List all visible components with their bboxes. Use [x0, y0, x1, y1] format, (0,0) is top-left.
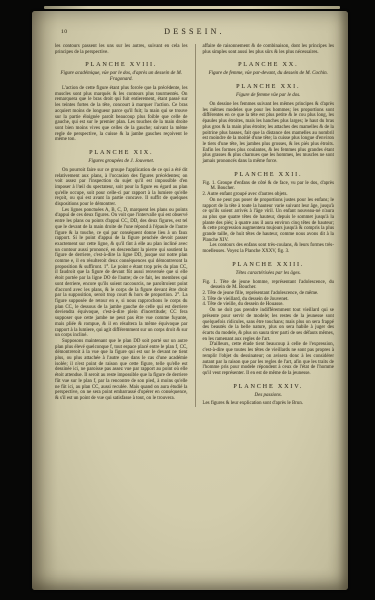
plate-heading: PLANCHE XXI.	[203, 83, 335, 90]
figure-list-item: Fig. 1. Tête de jeune homme, représentan…	[203, 280, 335, 291]
body-paragraph: On pourroit faire sur ce groupe l'applic…	[55, 168, 188, 208]
continuation-paragraph: les contours passent les uns sur les aut…	[55, 44, 188, 55]
figure-caption: Figure de femme, vûe par-devant, du dess…	[206, 71, 332, 77]
plate-heading: PLANCHE XVIII.	[55, 61, 188, 68]
body-paragraph: On dessine les femmes suivant les mêmes …	[203, 102, 335, 165]
left-column: les contours passent les uns sur les aut…	[55, 44, 195, 407]
section-subtitle: Têtes caractérisées par les âges.	[206, 271, 332, 277]
body-paragraph: On ne doit pas prendre indifféremment to…	[203, 308, 335, 342]
book-page: 10 DESSEIN. les contours passent les uns…	[32, 11, 348, 590]
figure-caption: Figure académique, vûe par le dos, d'apr…	[58, 71, 185, 83]
text-columns: les contours passent les uns sur les aut…	[55, 44, 334, 407]
plate-heading: PLANCHE XXIII.	[203, 261, 335, 268]
figure-caption: Figure de femme vûe par le dos.	[206, 93, 332, 99]
plate-heading: PLANCHE XX.	[203, 61, 335, 68]
body-paragraph: L'action de cette figure étant plus forc…	[55, 86, 188, 143]
running-title: DESSEIN.	[55, 27, 334, 36]
page-header: 10 DESSEIN.	[55, 25, 334, 39]
body-paragraph: Les contours des enfans sont très-coulan…	[203, 243, 335, 254]
body-paragraph: D'ailleurs, cette étude tient beaucoup à…	[203, 342, 335, 376]
plate-heading: PLANCHE XXIV.	[203, 383, 335, 390]
figure-caption: Figures groupées de J. Jouvenet.	[58, 159, 185, 165]
section-subtitle: Des passions.	[206, 393, 332, 399]
body-paragraph: Les lignes ponctuées A, B, C, D, marquen…	[55, 208, 188, 339]
figure-list-item: 2. Tête de jeune fille, représentant l'a…	[203, 291, 335, 297]
continuation-paragraph: affaire de raisonnement & de combinaison…	[203, 44, 335, 55]
body-paragraph: On ne peut pas poser de proportions just…	[203, 198, 335, 244]
continuation-paragraph: Les figures & leur explication sont d'ap…	[203, 401, 335, 407]
right-column column-divider: affaire de raisonnement & de combinaison…	[195, 44, 335, 407]
page-top-edge	[44, 6, 340, 9]
plate-heading: PLANCHE XIX.	[55, 149, 188, 156]
figure-list-item: Fig. 1. Groupe d'enfans de côté & de fac…	[203, 181, 335, 192]
plate-heading: PLANCHE XXII.	[203, 171, 335, 178]
printed-area: 10 DESSEIN. les contours passent les uns…	[55, 25, 334, 565]
body-paragraph: Supposons maintenant que le plan DD soit…	[55, 339, 188, 402]
